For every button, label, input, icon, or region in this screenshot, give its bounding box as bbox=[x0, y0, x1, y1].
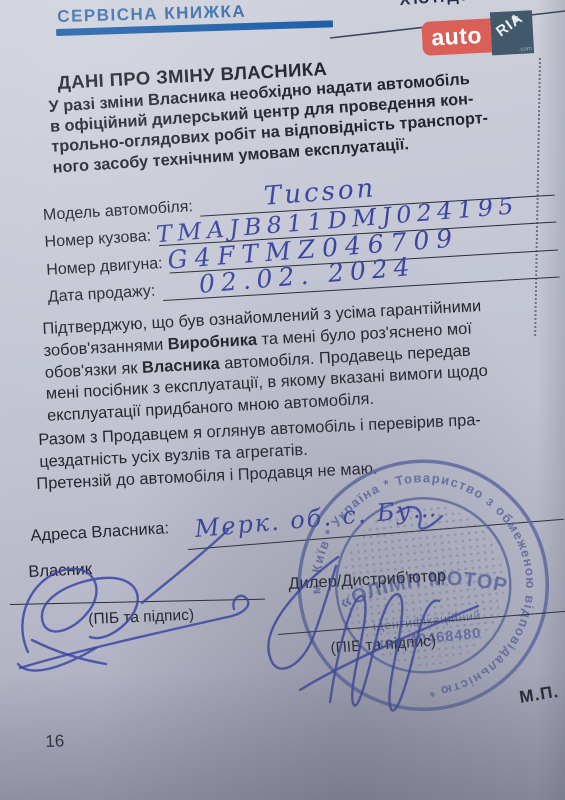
manufacturer-bold: Виробника bbox=[167, 331, 257, 354]
ria-word: RIA bbox=[493, 10, 526, 41]
page-number: 16 bbox=[45, 731, 65, 752]
owner-address-label: Адреса Власника: bbox=[30, 519, 170, 546]
autoria-ria-badge: ★ RIA .com bbox=[490, 10, 534, 55]
autoria-auto-badge: auto bbox=[421, 18, 492, 56]
sale-date-label: Дата продажу: bbox=[47, 282, 155, 307]
confirm-text: обов'язки як bbox=[44, 358, 142, 381]
owner-signature-line bbox=[10, 599, 265, 605]
autoria-watermark: auto ★ RIA .com bbox=[421, 10, 534, 59]
confirm-text: зобов'язаннями bbox=[43, 335, 168, 359]
vehicle-form: Модель автомобіля: Tucson Номер кузова: … bbox=[42, 168, 560, 308]
owner-label: Власник bbox=[28, 560, 92, 582]
ria-tld: .com bbox=[519, 46, 532, 53]
owner-bold: Власника bbox=[142, 354, 221, 376]
owner-pib-caption: (ПІБ та підпис) bbox=[88, 607, 194, 629]
confirmation-paragraph: Підтверджую, що був ознайомлений з усіма… bbox=[42, 292, 561, 428]
